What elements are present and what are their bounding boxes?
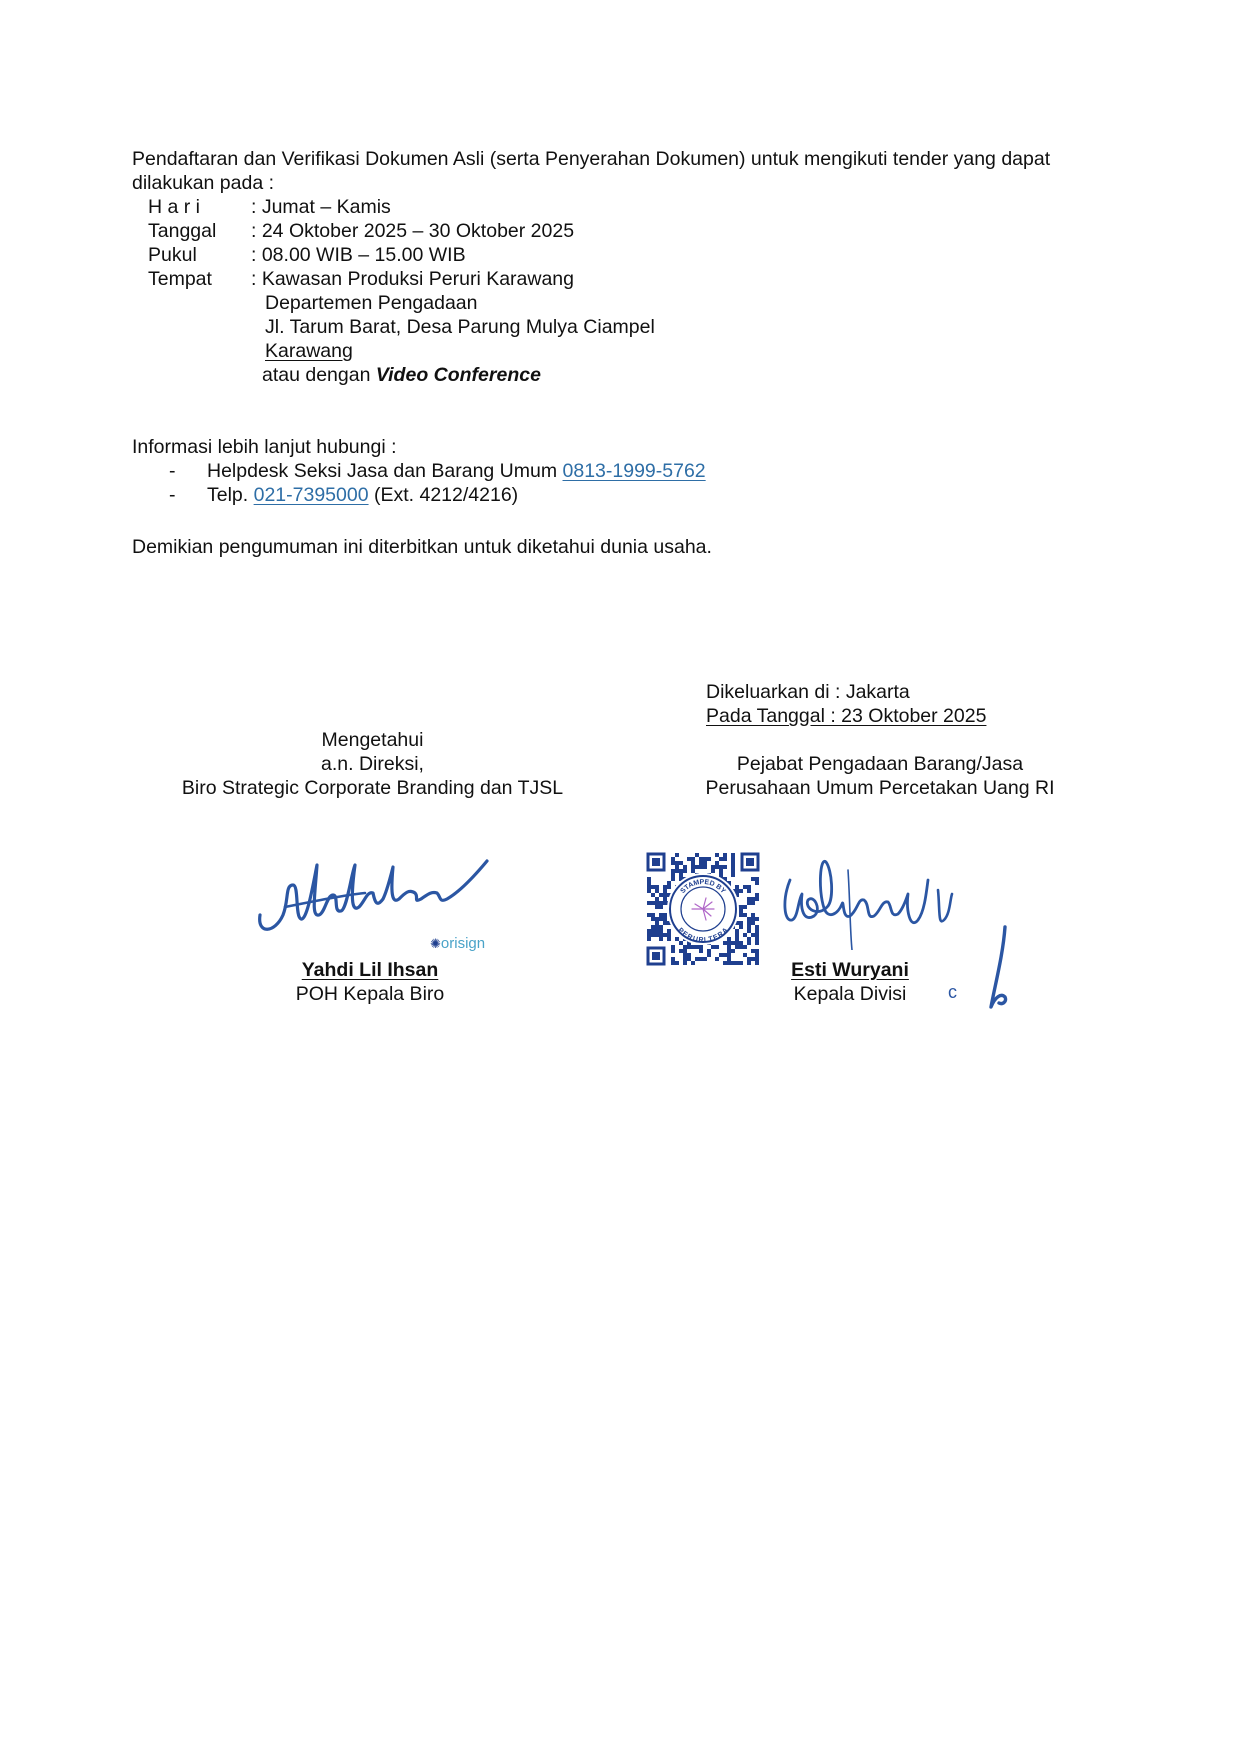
telp-phone-link[interactable]: 021-7395000 [254, 484, 369, 506]
left-signatory-name: Yahdi Lil Ihsan [250, 958, 490, 982]
right-signatory-title: Kepala Divisi [790, 982, 910, 1006]
issued-place: Dikeluarkan di : Jakarta [706, 680, 910, 704]
helpdesk-phone-link[interactable]: 0813-1999-5762 [563, 460, 706, 482]
address-line-2: Jl. Tarum Barat, Desa Parung Mulya Ciamp… [265, 315, 655, 339]
contact-text: Helpdesk Seksi Jasa dan Barang Umum [207, 460, 563, 482]
schedule-tempat-label: Tempat [148, 267, 212, 291]
orisign-text: orisign [441, 935, 485, 952]
left-department: Biro Strategic Corporate Branding dan TJ… [150, 776, 595, 800]
schedule-pukul-value: : 08.00 WIB – 15.00 WIB [251, 243, 466, 267]
left-signatory-title: POH Kepala Biro [250, 982, 490, 1006]
address-line-3: Karawang [265, 339, 353, 363]
contact-text: Telp. [207, 484, 254, 506]
closing-statement: Demikian pengumuman ini diterbitkan untu… [132, 535, 712, 559]
schedule-pukul-label: Pukul [148, 243, 197, 267]
contact-bullet: - [169, 483, 176, 507]
schedule-hari-value: : Jumat – Kamis [251, 195, 391, 219]
schedule-tanggal-label: Tanggal [148, 219, 216, 243]
left-mengetahui: Mengetahui [150, 728, 595, 752]
paraf-mark-icon [985, 925, 1015, 1015]
intro-line-1: Pendaftaran dan Verifikasi Dokumen Asli … [132, 147, 1050, 171]
alt-prefix: atau dengan [262, 364, 376, 386]
left-an-direksi: a.n. Direksi, [150, 752, 595, 776]
right-organization: Perusahaan Umum Percetakan Uang RI [680, 776, 1080, 800]
contact-heading: Informasi lebih lanjut hubungi : [132, 435, 397, 459]
paraf-initial: c [948, 980, 957, 1004]
orisign-gear-icon: ✺ [430, 936, 441, 951]
alternative-venue: atau dengan Video Conference [262, 363, 541, 387]
contact-bullet: - [169, 459, 176, 483]
qr-code-icon: STAMPED BY PERURI TERA [646, 852, 760, 966]
intro-line-2: dilakukan pada : [132, 171, 274, 195]
schedule-tempat-value: : Kawasan Produksi Peruri Karawang [251, 267, 574, 291]
video-conference-text: Video Conference [376, 364, 541, 386]
contact-item-helpdesk: Helpdesk Seksi Jasa dan Barang Umum 0813… [207, 459, 706, 483]
schedule-tanggal-value: : 24 Oktober 2025 – 30 Oktober 2025 [251, 219, 574, 243]
left-signature-icon [255, 855, 495, 945]
right-role: Pejabat Pengadaan Barang/Jasa [680, 752, 1080, 776]
schedule-hari-label: H a r i [148, 195, 200, 219]
issued-date: Pada Tanggal : 23 Oktober 2025 [706, 704, 986, 728]
right-signatory-name: Esti Wuryani [790, 958, 910, 982]
right-signature-icon [778, 850, 988, 950]
ext-text: (Ext. 4212/4216) [369, 484, 519, 506]
address-line-1: Departemen Pengadaan [265, 291, 478, 315]
orisign-logo: ✺orisign [430, 935, 485, 953]
qr-stamp: STAMPED BY PERURI TERA [646, 852, 760, 966]
contact-item-telp: Telp. 021-7395000 (Ext. 4212/4216) [207, 483, 518, 507]
